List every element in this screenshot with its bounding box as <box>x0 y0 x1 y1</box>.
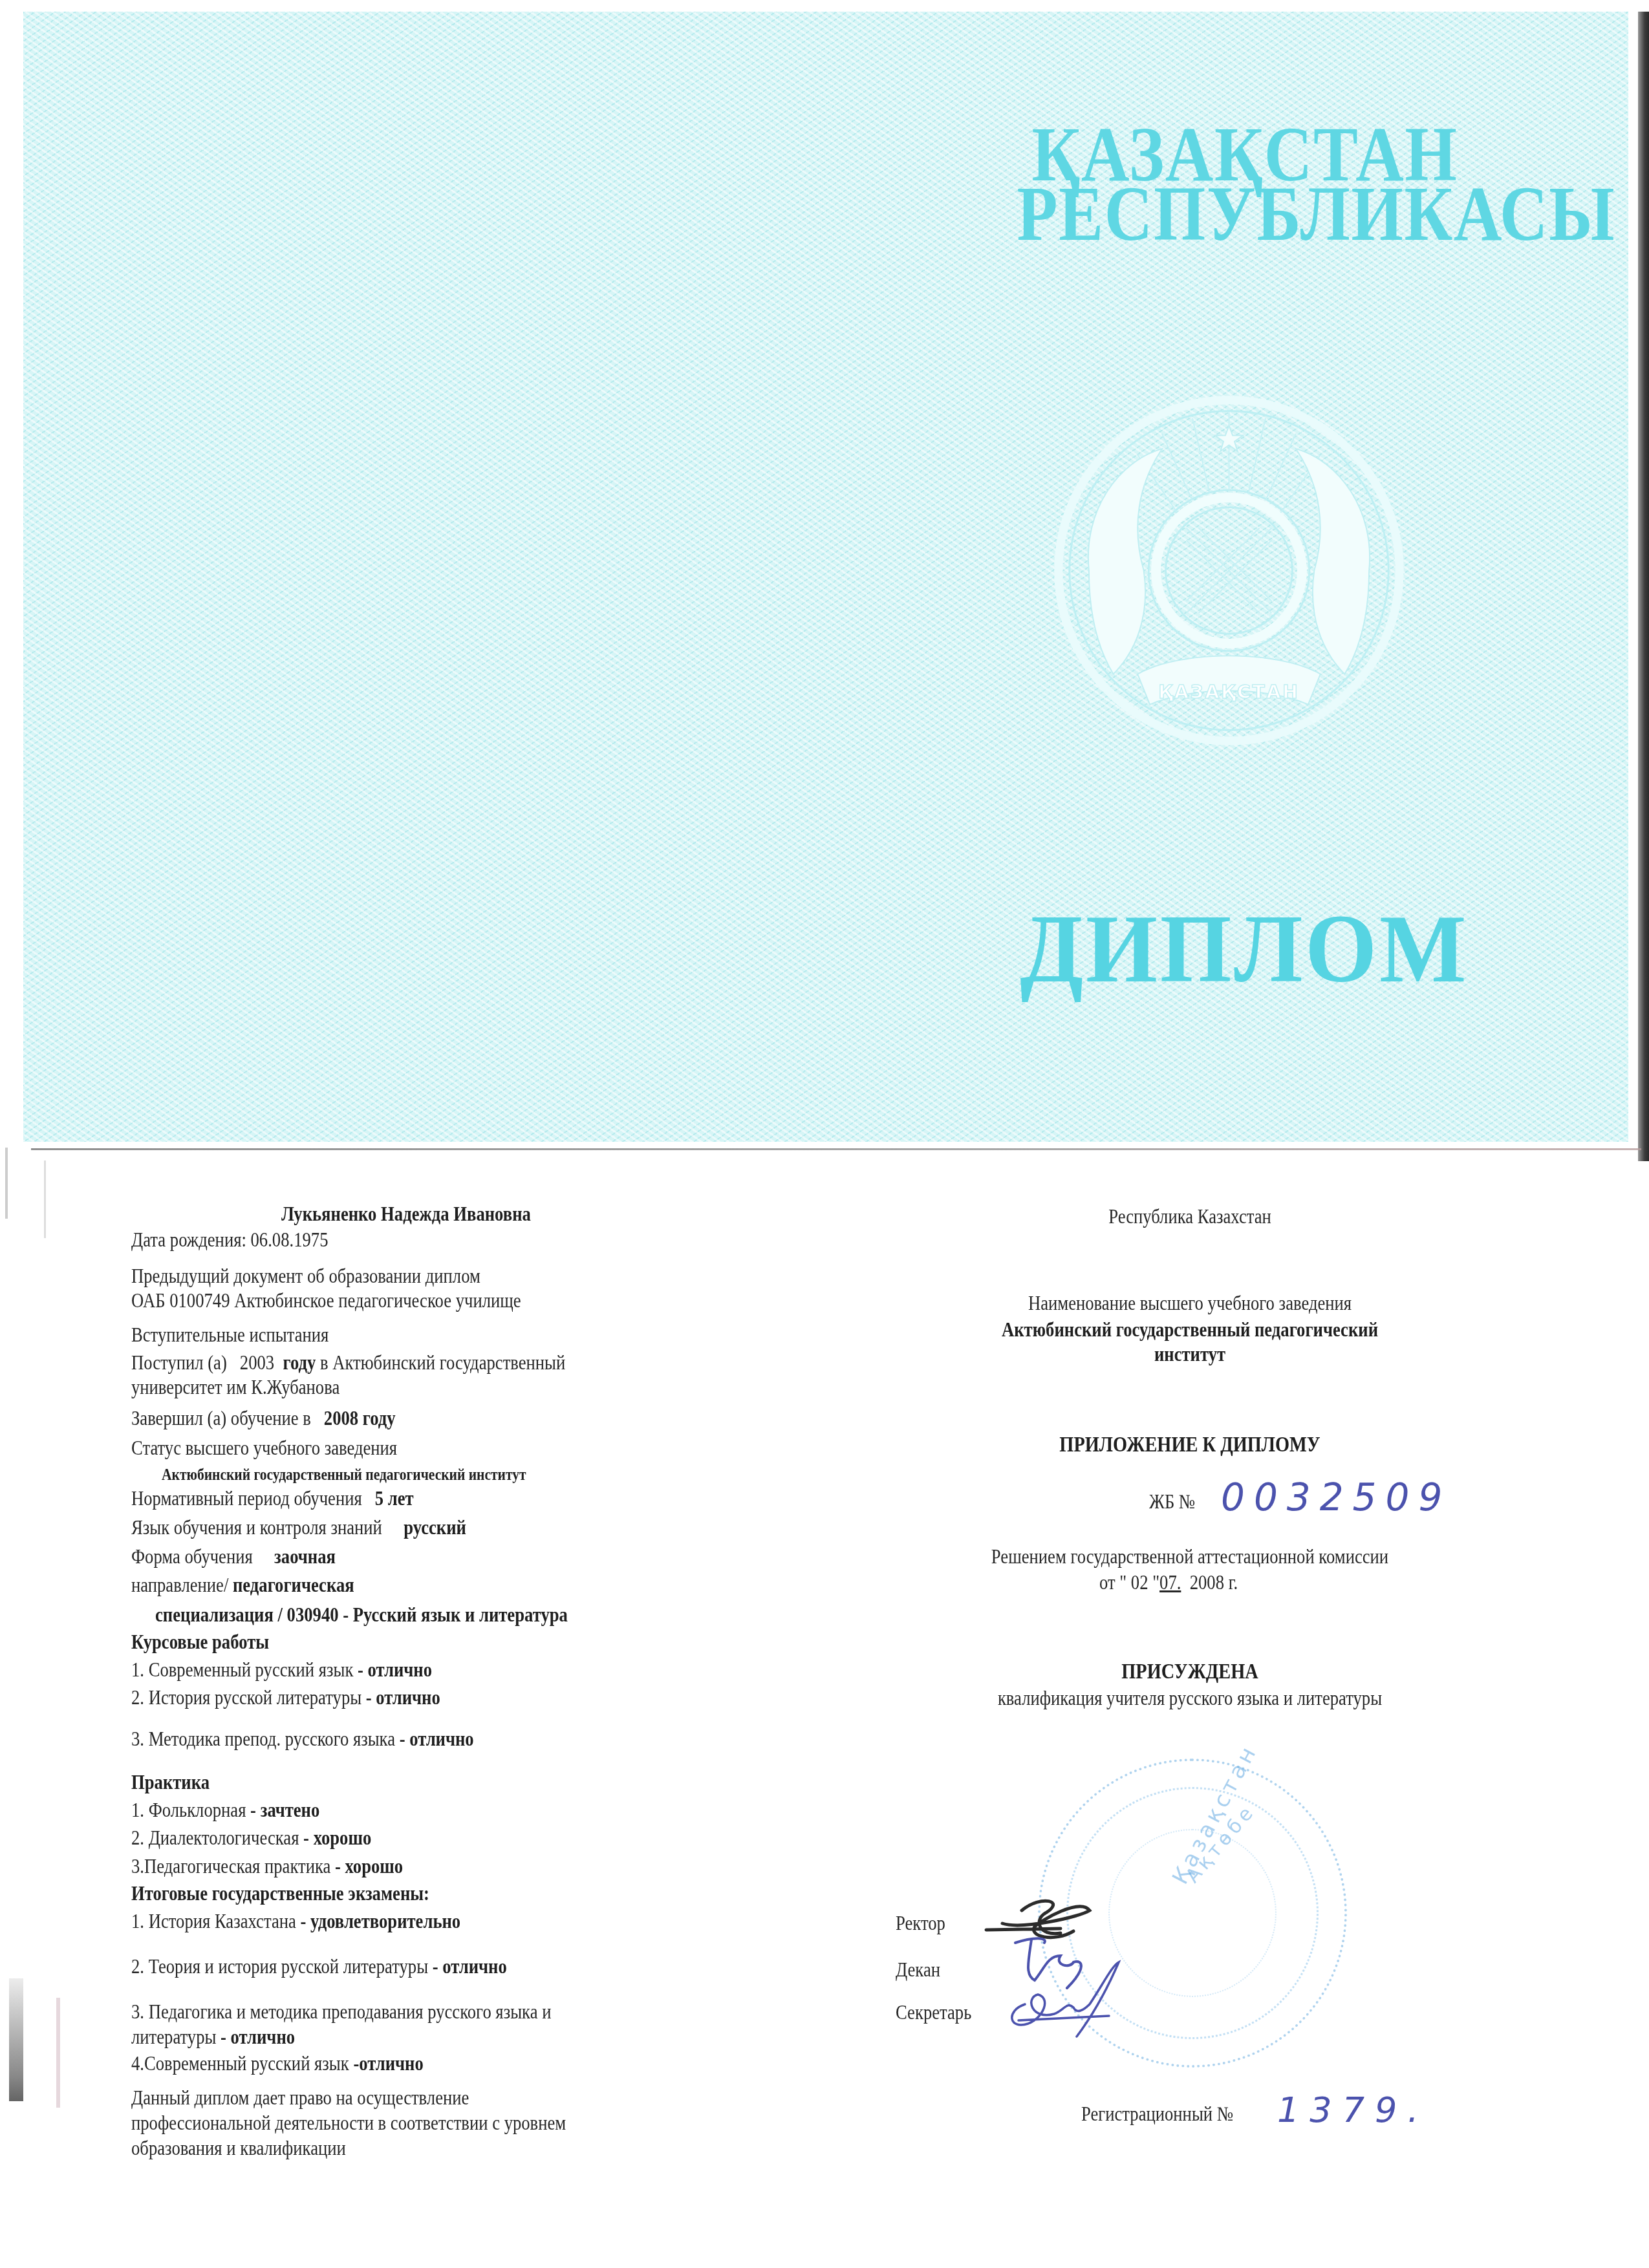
birth-date-line: Дата рождения: 06.08.1975 <box>131 1227 328 1253</box>
state-exam-item: 1. История Казахстана - удовлетворительн… <box>131 1909 460 1934</box>
insert-top-edge <box>31 1148 1641 1150</box>
rights-line3: образования и квалификации <box>131 2135 346 2161</box>
period-line: Нормативный период обучения 5 лет <box>131 1486 414 1512</box>
form-value: заочная <box>274 1545 336 1568</box>
practice-item: 3.Педагогическая практика - хорошо <box>131 1854 403 1879</box>
grade: хорошо <box>314 1826 372 1849</box>
registration-number-handwritten: 1379. <box>1277 2090 1429 2130</box>
coursework-heading: Курсовые работы <box>131 1629 269 1655</box>
cover-title-diploma: ДИПЛОМ <box>1020 893 1444 1005</box>
institution-name-line1: Актюбинский государственный педагогическ… <box>934 1317 1445 1343</box>
rights-line1: Данный диплом дает право на осуществлени… <box>131 2085 469 2111</box>
grade: зачтено <box>261 1799 320 1821</box>
practice-item: 2. Диалектологическая - хорошо <box>131 1825 371 1851</box>
binding-mark <box>9 1978 23 2101</box>
institution-name-line2: институт <box>934 1342 1445 1367</box>
prev-doc-line2: ОАБ 0100749 Актюбинское педагогическое у… <box>131 1288 521 1314</box>
grade: отлично <box>231 2026 295 2048</box>
awarded-title: ПРИСУЖДЕНА <box>934 1659 1445 1685</box>
grade: отлично <box>442 1955 506 1978</box>
state-exam-item: 2. Теория и история русской литературы -… <box>131 1954 507 1980</box>
country-name: Республика Казахстан <box>934 1204 1445 1230</box>
practice-heading: Практика <box>131 1770 210 1795</box>
enrolled-year: 2003 <box>240 1351 274 1374</box>
state-exam-item-cont: литературы - отлично <box>131 2024 295 2050</box>
period-value: 5 лет <box>375 1487 414 1510</box>
finished-line: Завершил (а) обучение в 2008 году <box>131 1406 396 1431</box>
signature-label-rector: Ректор <box>896 1910 945 1936</box>
qualification: квалификация учителя русского языка и ли… <box>934 1685 1445 1711</box>
state-exams-heading: Итоговые государственные экзамены: <box>131 1881 429 1907</box>
status-value: Актюбинский государственный педагогическ… <box>162 1462 526 1488</box>
grade: отлично <box>376 1686 440 1709</box>
form-line: Форма обучения заочная <box>131 1544 336 1570</box>
practice-item: 1. Фольклорная - зачтено <box>131 1797 319 1823</box>
language-value: русский <box>404 1516 466 1539</box>
date-month: 07. <box>1159 1571 1181 1594</box>
decision-line: Решением государственной аттестационной … <box>934 1544 1445 1570</box>
status-label: Статус высшего учебного заведения <box>131 1435 397 1461</box>
registration-label: Регистрационный № <box>1081 2101 1233 2127</box>
graduate-name: Лукьяненко Надежда Ивановна <box>170 1201 643 1227</box>
supplement-title: ПРИЛОЖЕНИЕ К ДИПЛОМУ <box>934 1432 1445 1458</box>
direction-line: направление/ педагогическая <box>131 1572 354 1598</box>
coursework-item: 1. Современный русский язык - отлично <box>131 1657 432 1683</box>
grade: хорошо <box>345 1855 404 1878</box>
finished-year: 2008 году <box>324 1407 396 1429</box>
binding-mark <box>5 1148 8 1219</box>
grade: отлично <box>359 2052 423 2075</box>
state-exam-item: 4.Современный русский язык -отлично <box>131 2051 424 2077</box>
coursework-item: 3. Методика препод. русского языка - отл… <box>131 1726 474 1752</box>
series-number-handwritten: 0032509 <box>1221 1475 1451 1519</box>
prev-doc-line1: Предыдущий документ об образовании дипло… <box>131 1263 480 1289</box>
secretary-signature-icon <box>999 1959 1128 2043</box>
decision-date: от " 02 "07. 2008 г. <box>1099 1570 1238 1596</box>
svg-text:ҚАЗАҚСТАН: ҚАЗАҚСТАН <box>1158 681 1300 703</box>
rights-line2: профессиональной деятельности в соответс… <box>131 2110 566 2136</box>
birth-date: 06.08.1975 <box>250 1228 328 1251</box>
entrance-exams: Вступительные испытания <box>131 1322 329 1348</box>
direction-value: педагогическая <box>233 1574 354 1596</box>
series-label: ЖБ № <box>1149 1489 1195 1515</box>
grade: удовлетворительно <box>310 1910 460 1932</box>
cover-country-line2: РЕСПУБЛИКАСЫ <box>1017 169 1472 259</box>
enrolled-line2: университет им К.Жубанова <box>131 1375 339 1400</box>
scanner-edge <box>1638 12 1649 1161</box>
binding-mark <box>44 1161 46 1238</box>
institution-label: Наименование высшего учебного заведения <box>934 1290 1445 1316</box>
state-exam-item: 3. Педагогика и методика преподавания ру… <box>131 1999 551 2025</box>
date-year: 2008 г. <box>1190 1571 1238 1594</box>
grade: отлично <box>368 1658 432 1681</box>
state-emblem-icon: ҚАЗАҚСТАН <box>1046 388 1412 753</box>
language-line: Язык обучения и контроля знаний русский <box>131 1515 466 1541</box>
specialization: специализация / 030940 - Русский язык и … <box>155 1602 568 1628</box>
coursework-item: 2. История русской литературы - отлично <box>131 1685 440 1711</box>
signature-label-dean: Декан <box>896 1957 940 1983</box>
grade: отлично <box>409 1728 473 1750</box>
binding-mark <box>56 1998 60 2108</box>
signature-label-secretary: Секретарь <box>896 2000 971 2026</box>
enrolled-line: Поступил (а) 2003 году в Актюбинский гос… <box>131 1350 565 1376</box>
